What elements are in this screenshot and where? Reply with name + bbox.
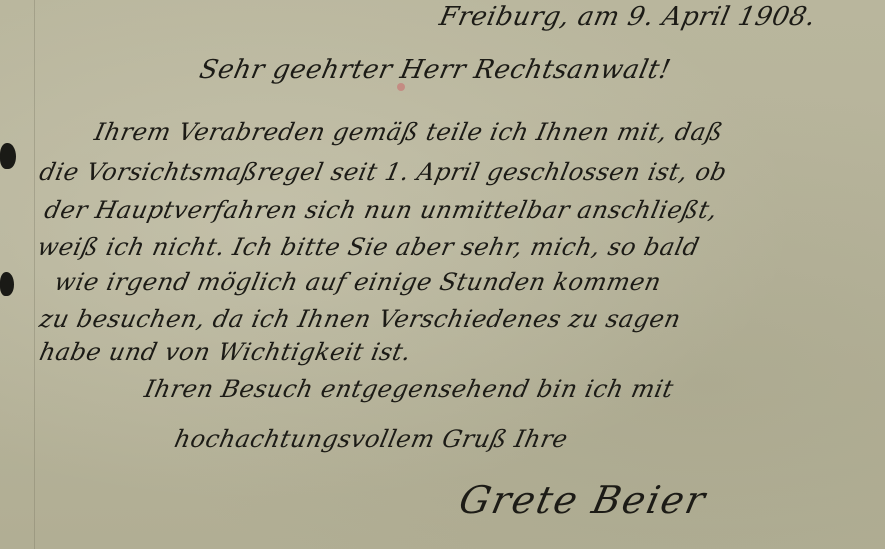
body-line-5: wie irgend möglich auf einige Stunden ko… xyxy=(52,268,664,296)
body-line-6: zu besuchen, da ich Ihnen Verschiedenes … xyxy=(37,305,683,333)
body-line-1: Ihrem Verabreden gemäß teile ich Ihnen m… xyxy=(92,118,726,146)
ink-blot-2 xyxy=(0,272,14,296)
closing-line-1: Ihren Besuch entgegensehend bin ich mit xyxy=(142,375,676,403)
signature: Grete Beier xyxy=(455,478,710,522)
letter-page: Freiburg, am 9. April 1908. Sehr geehrte… xyxy=(0,0,885,549)
closing-line-2: hochachtungsvollem Gruß Ihre xyxy=(172,425,571,453)
salutation: Sehr geehrter Herr Rechtsanwalt! xyxy=(197,55,674,85)
body-line-4: weiß ich nicht. Ich bitte Sie aber sehr,… xyxy=(35,233,702,261)
dateline: Freiburg, am 9. April 1908. xyxy=(437,2,819,32)
body-line-2: die Vorsichtsmaßregel seit 1. April gesc… xyxy=(37,158,730,186)
body-line-7: habe und von Wichtigkeit ist. xyxy=(37,338,414,366)
paper-fold-line xyxy=(34,0,35,549)
body-line-3: der Hauptverfahren sich nun unmittelbar … xyxy=(42,196,720,224)
ink-blot-1 xyxy=(0,143,16,169)
